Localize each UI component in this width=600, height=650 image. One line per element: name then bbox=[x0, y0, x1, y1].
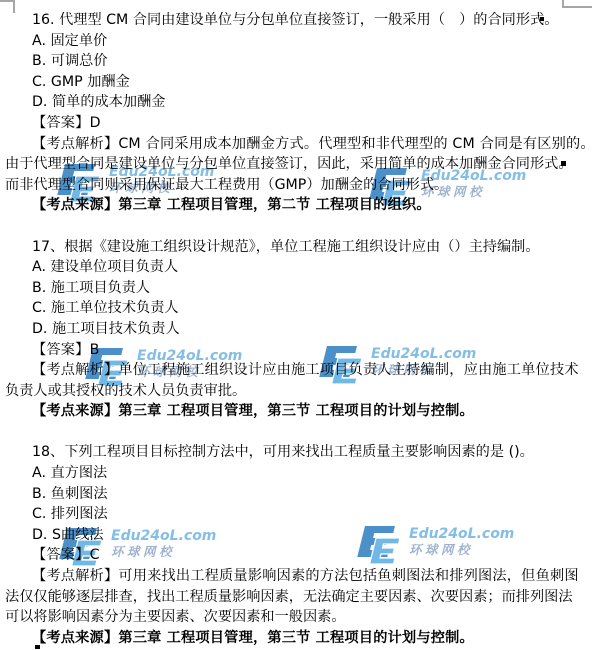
question-17-stem: 17、根据《建设施工组织设计规范》，单位工程施工组织设计应由（）主持编制。 bbox=[5, 237, 583, 258]
analysis-text: CM 合同采用成本加酬金方式。代理型和非代理型的 CM 合同是有区别的。 bbox=[118, 136, 594, 152]
source-text: 第三章 工程项目管理，第三节 工程项目的计划与控制。 bbox=[118, 403, 474, 419]
question-16-analysis-line: 而非代理型合同则采用保证最大工程费用（GMP）加酬金的合同形式。 bbox=[5, 175, 583, 196]
analysis-text: 单位工程施工组织设计应由施工项目负责人主持编制，应由施工单位技术 bbox=[118, 362, 578, 378]
question-17-option-d: D. 施工项目技术负责人 bbox=[5, 319, 583, 340]
analysis-label: 【考点解析】 bbox=[32, 136, 118, 152]
question-16-option-b: B. 可调总价 bbox=[5, 51, 583, 72]
question-17-source-line: 【考点来源】第三章 工程项目管理，第三节 工程项目的计划与控制。 bbox=[5, 401, 583, 422]
answer-value: D bbox=[90, 115, 101, 131]
answer-value: C bbox=[90, 547, 100, 563]
question-18-option-d: D. S曲线法 bbox=[5, 525, 583, 546]
source-label: 【考点来源】 bbox=[32, 197, 118, 213]
question-17-option-c: C. 施工单位技术负责人 bbox=[5, 298, 583, 319]
question-18-analysis-line: 法仅仅能够逐层排查，找出工程质量影响因素，无法确定主要因素、次要因素；而排列图法 bbox=[5, 587, 583, 608]
question-16-stem: 16. 代理型 CM 合同由建设单位与分包单位直接签订，一般采用（ ）的合同形式… bbox=[5, 10, 583, 31]
question-18-option-b: B. 鱼刺图法 bbox=[5, 484, 583, 505]
source-text: 第三章 工程项目管理，第二节 工程项目的组织。 bbox=[118, 197, 430, 213]
analysis-label: 【考点解析】 bbox=[32, 362, 118, 378]
analysis-label: 【考点解析】 bbox=[32, 568, 118, 584]
exam-document: 16. 代理型 CM 合同由建设单位与分包单位直接签订，一般采用（ ）的合同形式… bbox=[5, 10, 583, 648]
analysis-text: 可用来找出工程质量影响因素的方法包括鱼刺图法和排列图法，但鱼刺图 bbox=[118, 568, 578, 584]
source-label: 【考点来源】 bbox=[32, 403, 118, 419]
question-16-analysis-line: 由于代理型合同是建设单位与分包单位直接签订，因此，采用简单的成本加酬金合同形式。 bbox=[5, 154, 583, 175]
question-16-option-a: A. 固定单价 bbox=[5, 31, 583, 52]
question-16-option-d: D. 简单的成本加酬金 bbox=[5, 92, 583, 113]
page-corner-mark-top-left bbox=[0, 0, 15, 13]
answer-label: 【答案】 bbox=[32, 547, 90, 563]
question-17-option-b: B. 施工项目负责人 bbox=[5, 278, 583, 299]
answer-label: 【答案】 bbox=[32, 342, 90, 358]
question-16-option-c: C. GMP 加酬金 bbox=[5, 72, 583, 93]
object-anchor-square bbox=[540, 17, 544, 21]
question-18-stem: 18、下列工程项目目标控制方法中，可用来找出工程质量主要影响因素的是 ()。 bbox=[5, 442, 583, 463]
answer-label: 【答案】 bbox=[32, 115, 90, 131]
question-16-analysis-line: 【考点解析】CM 合同采用成本加酬金方式。代理型和非代理型的 CM 合同是有区别… bbox=[5, 134, 583, 155]
question-16-answer-line: 【答案】D bbox=[5, 113, 583, 134]
question-18-source-line: 【考点来源】第三章 工程项目管理，第三节 工程项目的计划与控制。 bbox=[5, 628, 583, 649]
cutoff-next-line-fragment bbox=[35, 645, 40, 649]
question-17-option-a: A. 建设单位项目负责人 bbox=[5, 257, 583, 278]
question-17-answer-line: 【答案】B bbox=[5, 340, 583, 361]
question-18-analysis-line: 可以将影响因素分为主要因素、次要因素和一般因素。 bbox=[5, 607, 583, 628]
question-17-analysis-line: 【考点解析】单位工程施工组织设计应由施工项目负责人主持编制，应由施工单位技术 bbox=[5, 360, 583, 381]
blank-line bbox=[5, 216, 583, 237]
question-18-option-c: C. 排列图法 bbox=[5, 504, 583, 525]
question-17-analysis-line: 负责人或其授权的技术人员负责审批。 bbox=[5, 381, 583, 402]
question-16-source-line: 【考点来源】第三章 工程项目管理，第二节 工程项目的组织。 bbox=[5, 195, 583, 216]
blank-line bbox=[5, 422, 583, 443]
object-anchor-square bbox=[561, 161, 566, 166]
source-text: 第三章 工程项目管理，第三节 工程项目的计划与控制。 bbox=[118, 630, 474, 646]
question-18-answer-line: 【答案】C bbox=[5, 545, 583, 566]
answer-value: B bbox=[90, 342, 100, 358]
question-18-analysis-line: 【考点解析】可用来找出工程质量影响因素的方法包括鱼刺图法和排列图法，但鱼刺图 bbox=[5, 566, 583, 587]
page-corner-mark-top-right bbox=[562, 0, 592, 8]
question-18-option-a: A. 直方图法 bbox=[5, 463, 583, 484]
source-label: 【考点来源】 bbox=[32, 630, 118, 646]
